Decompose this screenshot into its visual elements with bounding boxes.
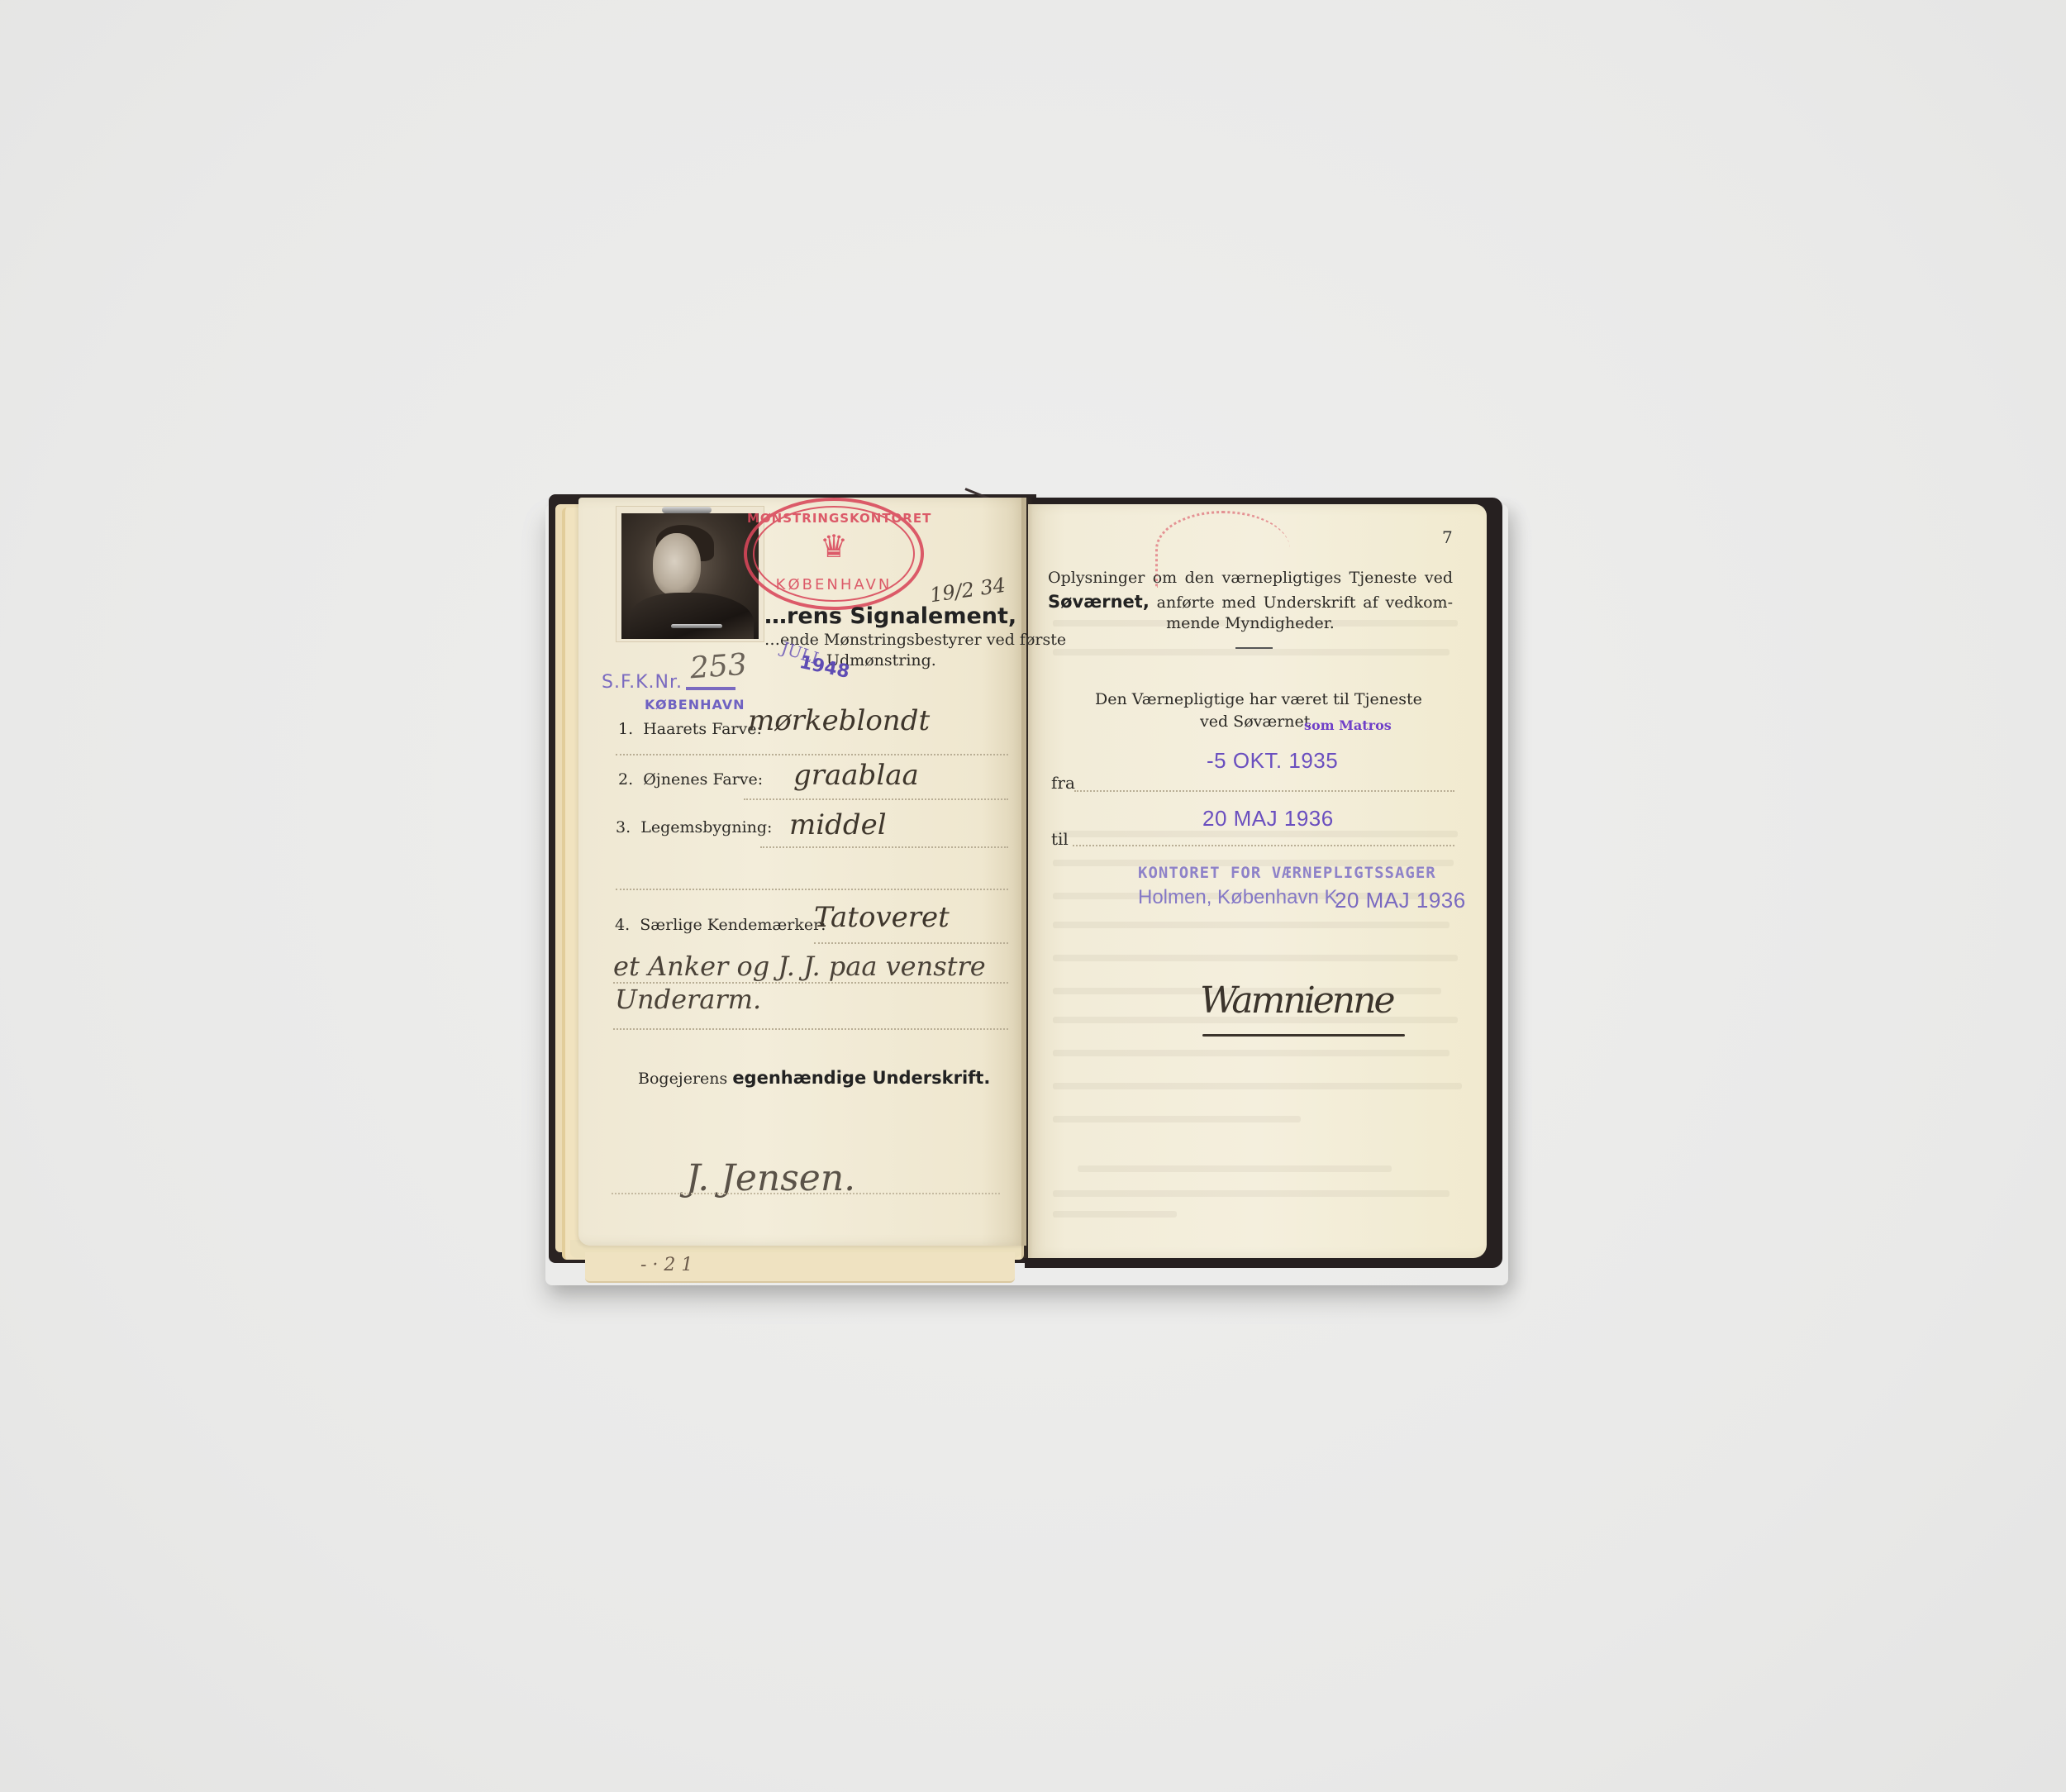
dotted-line [814, 942, 1008, 944]
office-stamp-line2: Holmen, København K. [1138, 886, 1343, 909]
service-statement-2: ved Søværnet [1200, 713, 1310, 731]
mustering-office-stamp: MØNSTRINGSKONTORET ♛ KØBENHAVN [744, 498, 924, 610]
dotted-line [1074, 790, 1454, 792]
service-info-intro: Oplysninger om den værnepligtiges Tjenes… [1048, 566, 1453, 615]
field-distinguishing-marks-value: Tatoveret [814, 901, 950, 934]
service-start-date: -5 OKT. 1935 [1207, 748, 1338, 774]
office-stamp-date: 20 MAJ 1936 [1335, 888, 1466, 913]
portrait-photo [616, 506, 764, 642]
dotted-line [1073, 845, 1454, 846]
field-hair-color-value: mørkeblondt [748, 704, 930, 737]
to-label: til [1051, 829, 1069, 849]
owner-signature-label: Bogejerens egenhændige Underskrift. [638, 1068, 990, 1088]
dotted-line [760, 846, 1008, 848]
dotted-line [616, 889, 1008, 890]
stack-handwritten-mark: - · 2 1 [640, 1255, 693, 1275]
field-eye-color-label: 2. Øjnenes Farve: [618, 770, 763, 789]
divider [1235, 647, 1273, 649]
handwritten-number: 253 [689, 648, 748, 686]
field-build-label: 3. Legemsbygning: [616, 818, 772, 836]
photo-rivet-icon [662, 507, 712, 513]
crown-icon: ♛ [820, 531, 848, 562]
dotted-line [616, 754, 1008, 755]
service-statement: Den Værnepligtige har været til Tjeneste [1095, 690, 1422, 708]
spine-gutter [1021, 498, 1033, 1258]
field-build-value: middel [789, 808, 887, 841]
field-hair-color-label: 1. Haarets Farve: [618, 720, 762, 738]
official-signature-underline [1202, 1034, 1405, 1037]
field-distinguishing-marks-label: 4. Særlige Kendemærker: [615, 916, 826, 934]
office-stamp-line1: KONTORET FOR VÆRNEPLIGTSSAGER [1138, 864, 1436, 882]
sfk-stamp-line [686, 687, 735, 690]
service-end-date: 20 MAJ 1936 [1202, 806, 1334, 832]
field-distinguishing-marks-line3: Underarm. [615, 984, 761, 1015]
signalement-heading: …rens Signalement, [764, 603, 1016, 629]
page-number: 7 [1442, 527, 1453, 547]
signature-dotted-line [612, 1193, 1000, 1194]
photo-rivet-icon [671, 624, 722, 628]
rank-stamp: som Matros [1304, 717, 1392, 733]
dotted-line [613, 1028, 1008, 1030]
field-eye-color-value: graablaa [793, 759, 919, 792]
stamp-top-text: MØNSTRINGSKONTORET [747, 511, 921, 526]
dotted-line [744, 798, 1008, 800]
from-label: fra [1051, 773, 1075, 793]
field-distinguishing-marks-line2: et Anker og J. J. paa venstre [613, 951, 986, 982]
sfk-stamp-label: S.F.K.Nr. [602, 672, 683, 693]
service-info-intro-last: mende Myndigheder. [1048, 614, 1453, 632]
official-signature: Wamnienne [1200, 979, 1393, 1022]
sfk-stamp-city: KØBENHAVN [645, 697, 745, 713]
stamp-bottom-text: KØBENHAVN [747, 576, 921, 593]
